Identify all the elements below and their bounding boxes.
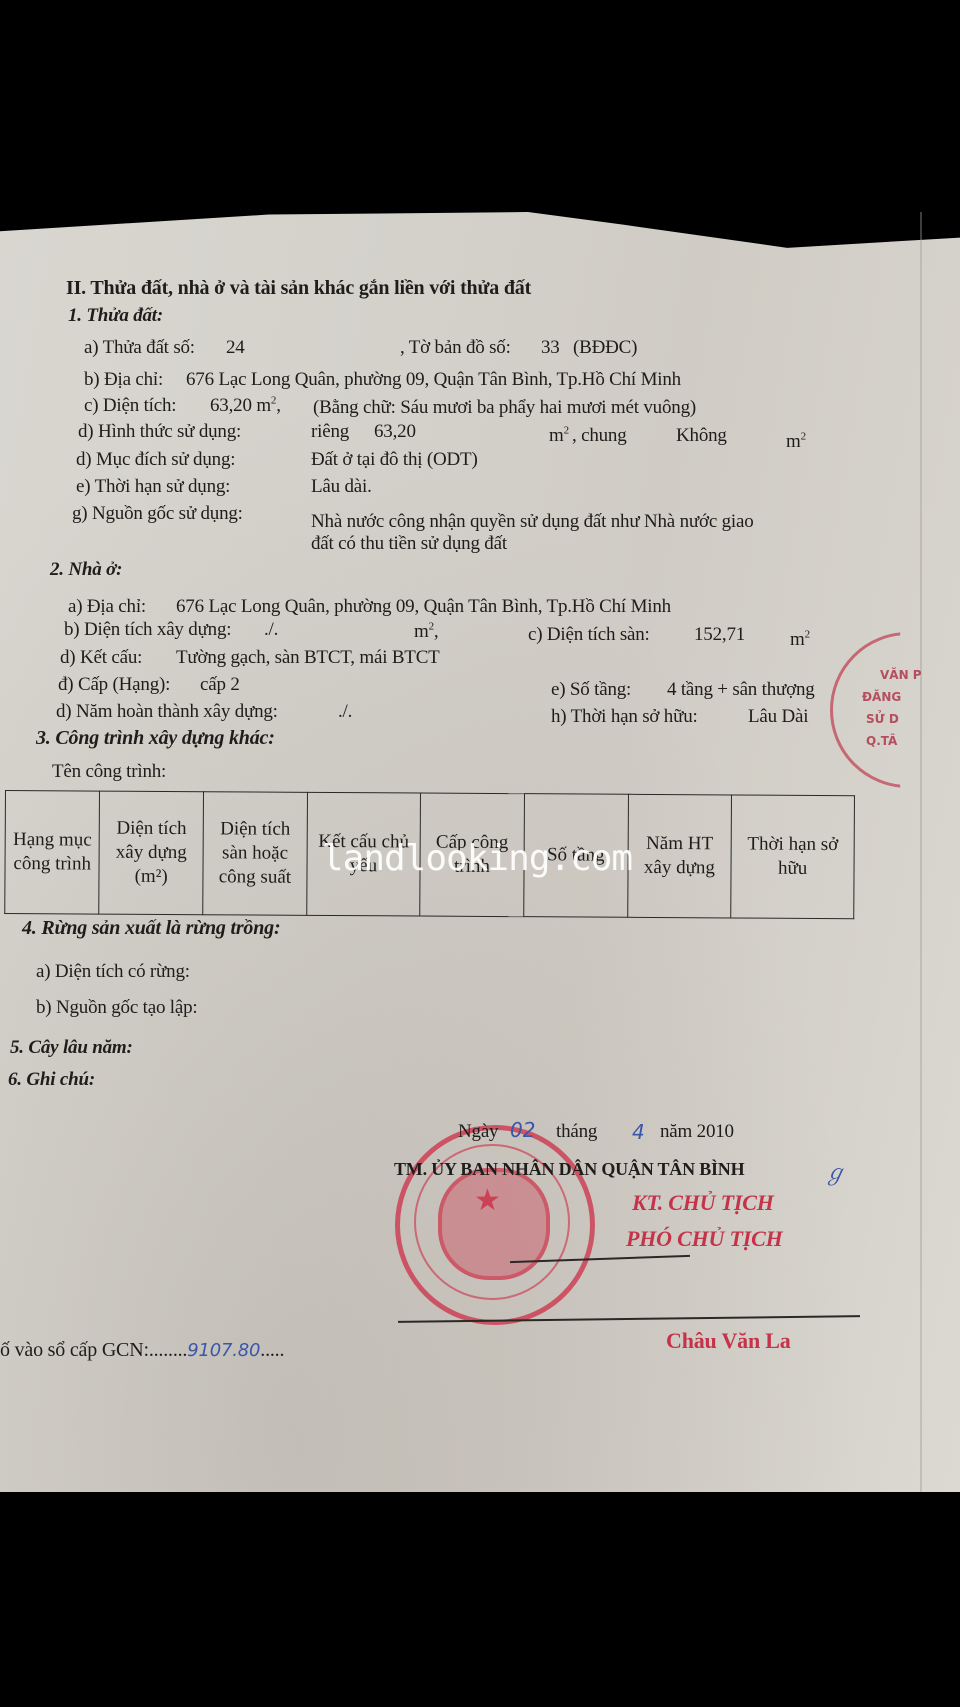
year-label: năm 2010: [660, 1122, 734, 1141]
forest-area-label: a) Diện tích có rừng:: [36, 962, 190, 981]
map-sheet-note: (BĐĐC): [573, 338, 637, 357]
registry-label: ố vào sổ cấp GCN:: [0, 1339, 149, 1361]
origin-label: g) Nguồn gốc sử dụng:: [72, 504, 243, 523]
usage-private-label: riêng: [311, 422, 349, 441]
col-header-year: Năm HT xây dựng: [627, 794, 731, 918]
house-address-label: a) Địa chỉ:: [68, 597, 146, 616]
col-header-floor-area: Diện tích sàn hoặc công suất: [203, 792, 307, 916]
term-label: e) Thời hạn sử dụng:: [76, 477, 230, 496]
signer-name: Châu Văn La: [666, 1330, 791, 1352]
land-address: 676 Lạc Long Quân, phường 09, Quận Tân B…: [186, 370, 681, 389]
ownership-term-label: h) Thời hạn sở hữu:: [551, 707, 698, 726]
registry-line: ố vào sổ cấp GCN:........9107.80.....: [0, 1340, 284, 1360]
floor-area-label: c) Diện tích sàn:: [528, 625, 650, 644]
role-line-1: KT. CHỦ TỊCH: [632, 1192, 774, 1214]
term-value: Lâu dài.: [311, 477, 372, 496]
completion-value: ./.: [338, 702, 352, 721]
floors-value: 4 tầng + sân thượng: [667, 680, 815, 699]
paper-fold: [920, 212, 922, 1492]
map-sheet-number: 33: [541, 338, 560, 357]
notes-heading: 6. Ghi chú:: [8, 1070, 95, 1089]
structure-label: d) Kết cấu:: [60, 648, 142, 667]
parcel-number: 24: [226, 338, 245, 357]
role-line-2: PHÓ CHỦ TỊCH: [626, 1228, 783, 1250]
built-area-unit: m2,: [414, 622, 438, 641]
origin-line-1: Nhà nước công nhận quyền sử dụng đất như…: [311, 512, 754, 531]
side-stamp-line-4: Q.TÂ: [866, 734, 897, 748]
usage-private-value: 63,20: [374, 422, 416, 441]
grade-label: đ) Cấp (Hạng):: [58, 675, 170, 694]
col-header-term: Thời hạn sở hữu: [731, 795, 854, 919]
month-label: tháng: [556, 1122, 597, 1141]
other-works-heading: 3. Công trình xây dựng khác:: [36, 728, 275, 748]
perennial-heading: 5. Cây lâu năm:: [10, 1038, 133, 1057]
floor-area-unit: m2: [790, 630, 810, 649]
registry-number: 9107.80: [187, 1340, 260, 1361]
initials-mark: ℊ: [824, 1156, 846, 1187]
usage-common-unit: m2: [786, 432, 806, 451]
usage-form-label: d) Hình thức sử dụng:: [78, 422, 241, 441]
side-stamp-line-3: SỬ D: [866, 712, 899, 726]
area-label: c) Diện tích:: [84, 396, 176, 415]
col-header-item: Hạng mục công trình: [5, 791, 100, 915]
date-prefix: Ngày: [458, 1122, 498, 1141]
star-icon: ★: [474, 1183, 501, 1218]
house-address: 676 Lạc Long Quân, phường 09, Quận Tân B…: [176, 597, 671, 616]
work-name-label: Tên công trình:: [52, 762, 166, 781]
origin-line-2: đất có thu tiền sử dụng đất: [311, 534, 507, 553]
side-stamp-line-2: ĐĂNG: [862, 690, 901, 704]
side-stamp-line-1: VĂN P: [880, 668, 922, 682]
date-month: 4: [632, 1120, 645, 1144]
forest-origin-label: b) Nguồn gốc tạo lập:: [36, 998, 197, 1017]
watermark: landlooking.com: [322, 838, 632, 879]
forest-heading: 4. Rừng sản xuất là rừng trồng:: [22, 918, 280, 938]
land-heading: 1. Thửa đất:: [68, 306, 163, 325]
grade-value: cấp 2: [200, 675, 240, 694]
house-heading: 2. Nhà ở:: [50, 560, 122, 579]
purpose-label: d) Mục đích sử dụng:: [76, 450, 235, 469]
ownership-term-value: Lâu Dài: [748, 707, 808, 726]
floors-label: e) Số tầng:: [551, 680, 631, 699]
usage-private-unit: m2: [549, 426, 569, 445]
floor-area-value: 152,71: [694, 625, 745, 644]
map-sheet-label: , Tờ bản đồ số:: [400, 338, 511, 357]
built-area-value: ./.: [264, 620, 278, 639]
structure-value: Tường gạch, sàn BTCT, mái BTCT: [176, 648, 440, 667]
purpose-value: Đất ở tại đô thị (ODT): [311, 450, 478, 469]
usage-common-value: Không: [676, 426, 727, 445]
built-area-label: b) Diện tích xây dựng:: [64, 620, 231, 639]
completion-label: d) Năm hoàn thành xây dựng:: [56, 702, 278, 721]
area-in-words: (Bằng chữ: Sáu mươi ba phẩy hai mươi mét…: [313, 398, 696, 417]
usage-common-label: , chung: [572, 426, 627, 445]
area-value: 63,20 m2,: [210, 396, 281, 415]
land-address-label: b) Địa chỉ:: [84, 370, 163, 389]
authority: TM. ỦY BAN NHÂN DÂN QUẬN TÂN BÌNH: [394, 1160, 744, 1178]
parcel-label: a) Thửa đất số:: [84, 338, 195, 357]
date-day: 02: [510, 1118, 535, 1142]
section-title: II. Thửa đất, nhà ở và tài sản khác gắn …: [66, 278, 531, 298]
col-header-built-area: Diện tích xây dựng (m²): [99, 791, 203, 915]
